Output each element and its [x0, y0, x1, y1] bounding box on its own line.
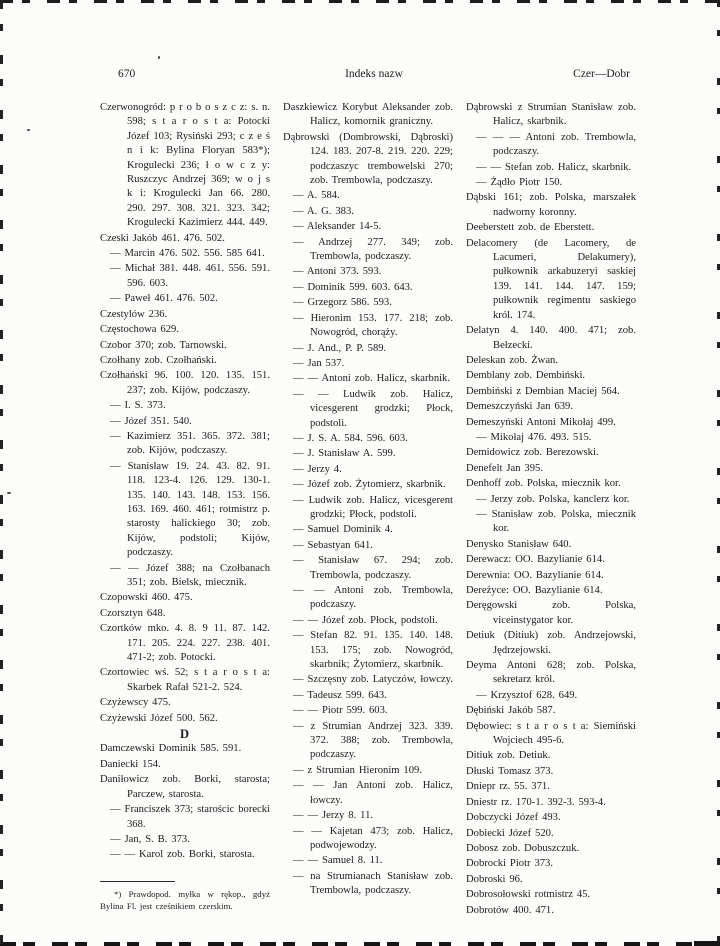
index-entry: Czyżewscy 475.: [100, 696, 270, 710]
index-entry: Denysko Stanisław 640.: [466, 538, 636, 552]
index-entry: Czołhany zob. Czołhański.: [100, 354, 270, 368]
scan-edge-left: [0, 0, 3, 946]
index-entry: — — Kajetan 473; zob. Halicz, podwojewod…: [283, 825, 453, 854]
index-entry: Deyma Antoni 628; zob. Polska, sekretarz…: [466, 659, 636, 688]
index-entry: Czołhański 96. 100. 120. 135. 151. 237; …: [100, 369, 270, 398]
index-entry: Czyżewski Józef 500. 562.: [100, 712, 270, 726]
book-page: 670 Indeks nazw Czer—Dobr Czerwonogród: …: [100, 68, 636, 919]
index-entry: Dłuski Tomasz 373.: [466, 765, 636, 779]
index-entry: — Szczęsny zob. Latyczów, łowczy.: [283, 673, 453, 687]
index-entry: Delacomery (de Lacomery, de Lacumeri, De…: [466, 237, 636, 323]
index-entry: Derewnia: OO. Bazylianie 614.: [466, 569, 636, 583]
index-entry: Deeberstett zob. de Eberstett.: [466, 221, 636, 235]
index-entry: — J. Stanisław A. 599.: [283, 447, 453, 461]
index-entry: Daszkiewicz Korybut Aleksander zob. Hali…: [283, 101, 453, 130]
scan-speck: [27, 129, 30, 131]
index-entry: — Ludwik zob. Halicz, vicesgerent grodzk…: [283, 494, 453, 523]
scan-speck: [7, 492, 11, 494]
index-entry: Czortowiec wś. 52; s t a r o s t a: Skar…: [100, 666, 270, 695]
index-entry: Demeszyński Antoni Mikołaj 499.: [466, 416, 636, 430]
index-entry: Dobroski 96.: [466, 873, 636, 887]
index-entry: — — Józef 388; na Czołbanach 351; zob. B…: [100, 562, 270, 591]
scan-speck: [158, 56, 160, 59]
scan-edge-top: [0, 0, 720, 3]
index-entry: Dąbski 161; zob. Polska, marszałek nadwo…: [466, 191, 636, 220]
index-entry: — Stanisław zob. Polska, miecznik kor.: [466, 508, 636, 537]
section-heading: D: [100, 727, 270, 741]
index-entry: Deręgowski zob. Polska, viceinstygator k…: [466, 599, 636, 628]
index-entry: — J. S. A. 584. 596. 603.: [283, 432, 453, 446]
index-entry: — Hieronim 153. 177. 218; zob. Nowogród,…: [283, 312, 453, 341]
scan-corner-blot: [694, 941, 720, 946]
index-entry: — Jerzy zob. Polska, kanclerz kor.: [466, 493, 636, 507]
index-entry: — A. G. 383.: [283, 205, 453, 219]
index-entry: — — Piotr 599. 603.: [283, 704, 453, 718]
index-entry: Czortków mko. 4. 8. 9 11. 87. 142. 171. …: [100, 622, 270, 665]
index-entry: Denhoff zob. Polska, miecznik kor.: [466, 477, 636, 491]
index-entry: Czestylów 236.: [100, 308, 270, 322]
index-entry: — Dominik 599. 603. 643.: [283, 281, 453, 295]
index-entry: Ditiuk zob. Detiuk.: [466, 749, 636, 763]
index-entry: Damczewski Dominik 585. 591.: [100, 742, 270, 756]
index-entry: Dobczycki Józef 493.: [466, 811, 636, 825]
index-entry: — — Samuel 8. 11.: [283, 854, 453, 868]
index-entry: — Tadeusz 599. 643.: [283, 689, 453, 703]
index-entry: — Aleksander 14-5.: [283, 220, 453, 234]
index-entry: Daniłowicz zob. Borki, starosta; Parczew…: [100, 773, 270, 802]
index-entry: Czorsztyn 648.: [100, 607, 270, 621]
index-entry: Daniecki 154.: [100, 758, 270, 772]
index-entry: — — Ludwik zob. Halicz, vicesgerent grod…: [283, 388, 453, 431]
index-entry: — Jerzy 4.: [283, 463, 453, 477]
index-entry: — — Antoni zob. Halicz, skarbnik.: [283, 372, 453, 386]
index-entry: — z Strumian Andrzej 323. 339. 372. 388;…: [283, 720, 453, 763]
index-entry: — — Stefan zob. Halicz, skarbnik.: [466, 161, 636, 175]
index-entry: — Antoni 373. 593.: [283, 265, 453, 279]
index-entry: — Mikołaj 476. 493. 515.: [466, 431, 636, 445]
index-entry: Dereżyce: OO. Bazylianie 614.: [466, 584, 636, 598]
index-entry: Dniestr rz. 170-1. 392-3. 593-4.: [466, 796, 636, 810]
index-entry: Dobiecki Józef 520.: [466, 827, 636, 841]
index-entry: Delatyn 4. 140. 400. 471; zob. Bełzecki.: [466, 324, 636, 353]
index-entry: Detiuk (Ditiuk) zob. Andrzejowski, Jędrz…: [466, 629, 636, 658]
index-entry: — — Antoni zob. Trembowla, podczaszy.: [283, 584, 453, 613]
index-entry: — Sebastyan 641.: [283, 539, 453, 553]
index-entry: — Józef zob. Żytomierz, skarbnik.: [283, 478, 453, 492]
index-entry: Deleskan zob. Żwan.: [466, 354, 636, 368]
index-entry: — Stefan 82. 91. 135. 140. 148. 153. 175…: [283, 629, 453, 672]
index-entry: Dniepr rz. 55. 371.: [466, 780, 636, 794]
index-column-3: Dąbrowski z Strumian Stanisław zob. Hali…: [466, 101, 636, 919]
page-title: Indeks nazw: [345, 68, 403, 80]
index-entry: — Andrzej 277. 349; zob. Trembowla, podc…: [283, 236, 453, 265]
index-entry: Czerwonogród: p r o b o s z c z: s. n. 5…: [100, 101, 270, 231]
footnote-rule: [100, 881, 175, 882]
index-entry: Dąbrowski z Strumian Stanisław zob. Hali…: [466, 101, 636, 130]
index-entry: — — Jerzy 8. 11.: [283, 809, 453, 823]
index-entry: Częstochowa 629.: [100, 323, 270, 337]
index-entry: — Krzysztof 628. 649.: [466, 689, 636, 703]
index-entry: — Józef 351. 540.: [100, 415, 270, 429]
index-entry: — Stanisław 19. 24. 43. 82. 91. 118. 123…: [100, 460, 270, 561]
index-entry: Dobrosołowski rotmistrz 45.: [466, 888, 636, 902]
index-entry: Dębiński Jakób 587.: [466, 704, 636, 718]
index-entry: — Jan, S. B. 373.: [100, 833, 270, 847]
index-entry: Dobosz zob. Dobuszczuk.: [466, 842, 636, 856]
index-entry: — Marcin 476. 502. 556. 585 641.: [100, 247, 270, 261]
index-entry: — — Karol zob. Borki, starosta.: [100, 848, 270, 862]
page-header: 670 Indeks nazw Czer—Dobr: [100, 68, 636, 80]
index-entry: Denefelt Jan 395.: [466, 462, 636, 476]
index-entry: Czopowski 460. 475.: [100, 591, 270, 605]
index-entry: Dobrotów 400. 471.: [466, 904, 636, 918]
index-entry: Czeski Jakób 461. 476. 502.: [100, 232, 270, 246]
index-entry: Demblany zob. Dembiński.: [466, 369, 636, 383]
index-entry: — Żądło Piotr 150.: [466, 176, 636, 190]
index-entry: — z Strumian Hieronim 109.: [283, 764, 453, 778]
index-entry: — Paweł 461. 476. 502.: [100, 292, 270, 306]
index-entry: — J. And., P. P. 589.: [283, 342, 453, 356]
index-entry: — Samuel Dominik 4.: [283, 523, 453, 537]
index-entry: — — Józef zob. Płock, podstoli.: [283, 614, 453, 628]
page-range: Czer—Dobr: [403, 68, 636, 80]
index-entry: Dębowiec: s t a r o s t a: Siemiński Woj…: [466, 720, 636, 749]
index-entry: — Franciszek 373; starościc borecki 368.: [100, 803, 270, 832]
index-entry: Dembiński z Dembian Maciej 564.: [466, 385, 636, 399]
index-entry: — Kazimierz 351. 365. 372. 381; zob. Kij…: [100, 430, 270, 459]
index-entry: Dobrocki Piotr 373.: [466, 857, 636, 871]
index-entry: — I. S. 373.: [100, 399, 270, 413]
index-entry: — — Jan Antoni zob. Halicz, łowczy.: [283, 779, 453, 808]
index-column-1: Czerwonogród: p r o b o s z c z: s. n. 5…: [100, 101, 270, 919]
index-entry: — — — Antoni zob. Trembowla, podczaszy.: [466, 131, 636, 160]
index-entry: Derewacz: OO. Bazylianie 614.: [466, 553, 636, 567]
index-entry: — A. 584.: [283, 189, 453, 203]
index-entry: Dąbrowski (Dombrowski, Dąbroski) 124. 18…: [283, 131, 453, 189]
index-entry: — Jan 537.: [283, 357, 453, 371]
page-number: 670: [100, 68, 345, 80]
index-entry: — na Strumianach Stanisław zob. Trembowl…: [283, 870, 453, 899]
index-column-2: Daszkiewicz Korybut Aleksander zob. Hali…: [283, 101, 453, 919]
index-entry: — Michał 381. 448. 461. 556. 591. 596. 6…: [100, 262, 270, 291]
index-entry: — Grzegorz 586. 593.: [283, 296, 453, 310]
index-entry: Czobor 370; zob. Tarnowski.: [100, 339, 270, 353]
index-entry: — Stanisław 67. 294; zob. Trembowla, pod…: [283, 554, 453, 583]
index-columns: Czerwonogród: p r o b o s z c z: s. n. 5…: [100, 101, 636, 919]
index-entry: Demidowicz zob. Berezowski.: [466, 446, 636, 460]
index-entry: Demeszczyński Jan 639.: [466, 400, 636, 414]
footnote-text: *) Prawdopod. myłka w rękop., gdyż Bylin…: [100, 889, 270, 913]
scan-edge-bottom: [0, 942, 720, 946]
